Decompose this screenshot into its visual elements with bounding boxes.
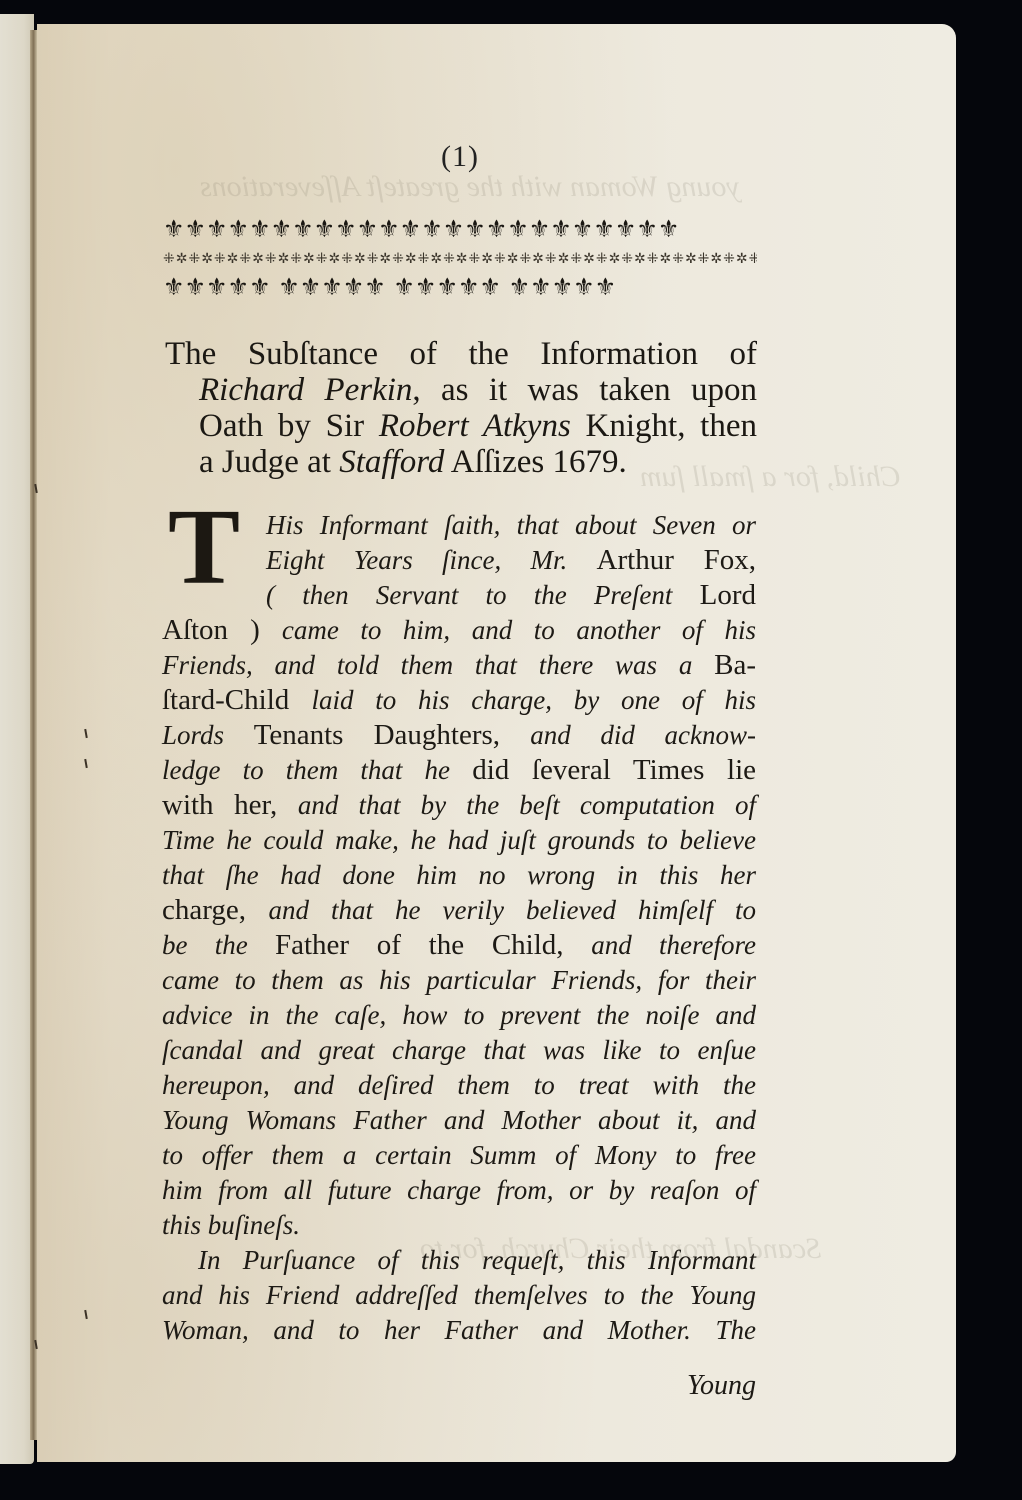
margin-mark	[84, 759, 88, 768]
italic-text: hereupon, and deſired them to treat with…	[162, 1070, 756, 1100]
bleed-through-text: young Woman with the greateſt Aſſeverati…	[200, 170, 740, 204]
italic-text: and therefore	[591, 930, 756, 960]
text-line: ſcandal and great charge that was like t…	[162, 1033, 756, 1068]
title-text: a Judge at	[199, 444, 339, 480]
text-line: that ſhe had done him no wrong in this h…	[162, 858, 756, 893]
title-text: Aſſizes 1679.	[444, 444, 626, 480]
italic-text: laid to his charge, by one of his	[312, 685, 756, 715]
page-number: (1)	[425, 140, 495, 174]
ornamental-border-bottom: ⚜⚜⚜⚜⚜ ⚜⚜⚜⚜⚜ ⚜⚜⚜⚜⚜ ⚜⚜⚜⚜⚜	[163, 270, 757, 304]
roman-text: did ſeveral Times lie	[472, 754, 756, 786]
book-gutter	[30, 30, 37, 1440]
italic-text: that ſhe had done him no wrong in this h…	[162, 860, 756, 890]
text-line: Time he could make, he had juſt grounds …	[162, 823, 756, 858]
italic-text: ſcandal and great charge that was like t…	[162, 1035, 756, 1065]
margin-mark	[84, 729, 88, 738]
roman-text: Aſton )	[162, 614, 282, 646]
text-line: came to them as his particular Friends, …	[162, 963, 756, 998]
place-name: Stafford	[339, 444, 444, 480]
italic-text: Woman, and to her Father and Mother. The	[162, 1315, 756, 1345]
italic-text: Friends, and told them that there was a	[162, 650, 714, 680]
text-line: His Informant ſaith, that about Seven or	[162, 508, 756, 543]
italic-text: and did acknow-	[530, 720, 756, 750]
italic-text: In Purſuance of this requeſt, this Infor…	[198, 1245, 756, 1275]
text-line: ſtard-Child laid to his charge, by one o…	[162, 683, 756, 718]
title-line-4: a Judge at Stafford Aſſizes 1679.	[165, 444, 757, 480]
italic-text: ledge to them that he	[162, 755, 472, 785]
italic-text: and his Friend addreſſed themſelves to t…	[162, 1280, 756, 1310]
facing-page-edge	[0, 14, 34, 1464]
text-line: him from all future charge from, or by r…	[162, 1173, 756, 1208]
title-text: Knight, then	[571, 408, 757, 444]
title-line-2: Richard Perkin, as it was taken upon	[165, 372, 757, 408]
text-line: Friends, and told them that there was a …	[162, 648, 756, 683]
text-line: to offer them a certain Summ of Mony to …	[162, 1138, 756, 1173]
title-text: Oath by Sir	[199, 408, 379, 444]
italic-text: ( then Servant to the Preſent	[266, 580, 700, 610]
italic-text: Eight Years ſince, Mr.	[266, 545, 597, 575]
text-line: be the Father of the Child, and therefor…	[162, 928, 756, 963]
text-line: and his Friend addreſſed themſelves to t…	[162, 1278, 756, 1313]
text-line: this buſineſs.	[162, 1208, 756, 1243]
catchword: Young	[687, 1370, 756, 1402]
title-line-1: The Subſtance of the Information of	[165, 336, 757, 372]
italic-text: be the	[162, 930, 275, 960]
judge-name: Robert Atkyns	[379, 408, 571, 444]
roman-text: ſtard-Child	[162, 684, 312, 716]
italic-text: His Informant ſaith, that about Seven or	[266, 510, 756, 540]
italic-text: came to him, and to another of his	[282, 615, 756, 645]
informant-name: Richard Perkin	[199, 372, 412, 408]
text-line: ledge to them that he did ſeveral Times …	[162, 753, 756, 788]
text-line: Eight Years ſince, Mr. Arthur Fox,	[162, 543, 756, 578]
ornamental-border-middle: ⁜✲⁜✲⁜✲⁜✲⁜✲⁜✲⁜✲⁜✲⁜✲⁜✲⁜✲⁜✲⁜✲⁜✲⁜✲⁜✲⁜✲⁜✲⁜✲⁜✲…	[163, 248, 757, 270]
body-text: His Informant ſaith, that about Seven or…	[162, 508, 756, 1348]
italic-text: advice in the caſe, how to prevent the n…	[162, 1000, 756, 1030]
text-line: ( then Servant to the Preſent Lord	[162, 578, 756, 613]
ornamental-border-top: ⚜⚜⚜⚜⚜⚜⚜⚜⚜⚜⚜⚜⚜⚜⚜⚜⚜⚜⚜⚜⚜⚜⚜⚜	[163, 212, 757, 246]
italic-text: Lords	[162, 720, 254, 750]
roman-text: Arthur Fox,	[597, 544, 756, 576]
roman-text: Ba-	[714, 649, 756, 681]
text-line: hereupon, and deſired them to treat with…	[162, 1068, 756, 1103]
text-line: Lords Tenants Daughters, and did acknow-	[162, 718, 756, 753]
italic-text: Time he could make, he had juſt grounds …	[162, 825, 756, 855]
roman-text: charge,	[162, 894, 269, 926]
document-title: The Subſtance of the Information of Rich…	[165, 336, 757, 480]
title-text: , as it was taken upon	[412, 372, 757, 408]
italic-text: Young Womans Father and Mother about it,…	[162, 1105, 756, 1135]
text-line: with her, and that by the beſt computati…	[162, 788, 756, 823]
margin-mark	[84, 1310, 88, 1319]
roman-text: Father of the Child,	[275, 929, 591, 961]
italic-text: came to them as his particular Friends, …	[162, 965, 756, 995]
italic-text: him from all future charge from, or by r…	[162, 1175, 756, 1205]
roman-text: Lord	[700, 579, 756, 611]
roman-text: Tenants Daughters,	[254, 719, 531, 751]
italic-text: and that he verily believed himſelf to	[269, 895, 756, 925]
margin-mark	[34, 484, 38, 493]
text-line: Young Womans Father and Mother about it,…	[162, 1103, 756, 1138]
italic-text: this buſineſs.	[162, 1210, 300, 1240]
text-line: advice in the caſe, how to prevent the n…	[162, 998, 756, 1033]
text-line: Woman, and to her Father and Mother. The	[162, 1313, 756, 1348]
title-line-3: Oath by Sir Robert Atkyns Knight, then	[165, 408, 757, 444]
text-line: In Purſuance of this requeſt, this Infor…	[162, 1243, 756, 1278]
text-line: Aſton ) came to him, and to another of h…	[162, 613, 756, 648]
text-line: charge, and that he verily believed himſ…	[162, 893, 756, 928]
margin-mark	[34, 1340, 38, 1349]
italic-text: to offer them a certain Summ of Mony to …	[162, 1140, 756, 1170]
roman-text: with her,	[162, 789, 298, 821]
italic-text: and that by the beſt computation of	[298, 790, 756, 820]
